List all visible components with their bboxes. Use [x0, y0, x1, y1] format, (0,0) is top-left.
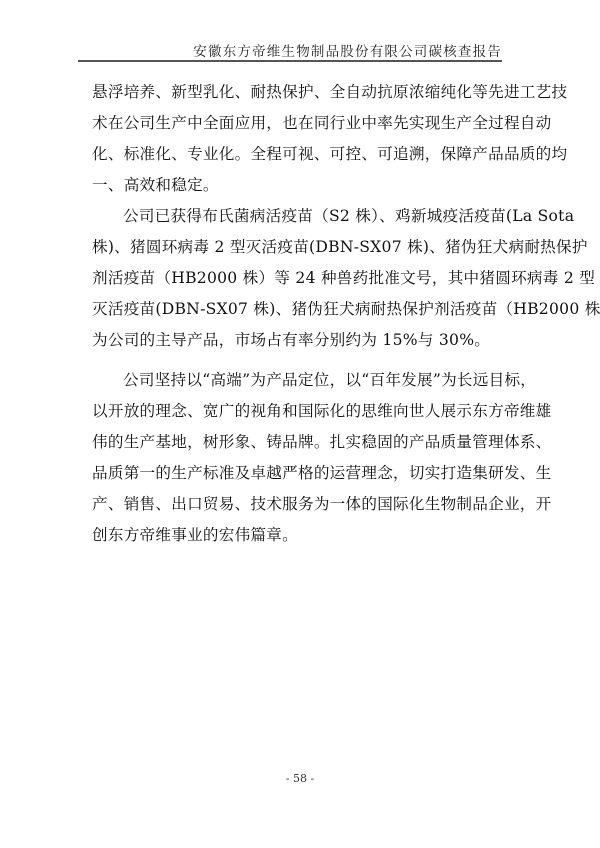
text-line: 一、高效和稳定。: [92, 170, 510, 201]
report-title: 安徽东方帝维生物制品股份有限公司碳核查报告: [193, 40, 502, 60]
paragraph-3: 公司坚持以“高端”为产品定位，以“百年发展”为长远目标， 以开放的理念、宽广的视…: [92, 365, 510, 551]
text-line: 伟的生产基地，树形象、铸品牌。扎实稳固的产品质量管理体系、: [92, 427, 510, 458]
text-line: 灭活疫苗(DBN-SX07 株)、猪伪狂犬病耐热保护剂活疫苗（HB2000 株）: [92, 294, 510, 325]
text-line: 公司已获得布氏菌病活疫苗（S2 株）、鸡新城疫活疫苗(La Sota: [92, 201, 510, 232]
text-line: 术在公司生产中全面应用，也在同行业中率先实现生产全过程自动: [92, 108, 510, 139]
text-line: 以开放的理念、宽广的视角和国际化的思维向世人展示东方帝维雄: [92, 396, 510, 427]
text-line: 产、销售、出口贸易、技术服务为一体的国际化生物制品企业，开: [92, 489, 510, 520]
text-line: 为公司的主导产品，市场占有率分别约为 15%与 30%。: [92, 325, 510, 356]
paragraph-2: 公司已获得布氏菌病活疫苗（S2 株）、鸡新城疫活疫苗(La Sota 株)、猪圆…: [92, 201, 510, 356]
text-line: 剂活疫苗（HB2000 株）等 24 种兽药批准文号，其中猪圆环病毒 2 型: [92, 263, 510, 294]
text-line: 悬浮培养、新型乳化、耐热保护、全自动抗原浓缩纯化等先进工艺技: [92, 77, 510, 108]
text-line: 创东方帝维事业的宏伟篇章。: [92, 520, 510, 551]
text-line: 株)、猪圆环病毒 2 型灭活疫苗(DBN-SX07 株)、猪伪狂犬病耐热保护: [92, 232, 510, 263]
page-header: 安徽东方帝维生物制品股份有限公司碳核查报告: [78, 40, 502, 62]
header-divider: [78, 60, 502, 62]
text-line: 品质第一的生产标准及卓越严格的运营理念，切实打造集研发、生: [92, 458, 510, 489]
text-line: 化、标准化、专业化。全程可视、可控、可追溯，保障产品品质的均: [92, 139, 510, 170]
page-number: - 58 -: [0, 772, 600, 785]
text-line: 公司坚持以“高端”为产品定位，以“百年发展”为长远目标，: [92, 365, 510, 396]
paragraph-gap: [92, 356, 510, 365]
paragraph-1: 悬浮培养、新型乳化、耐热保护、全自动抗原浓缩纯化等先进工艺技 术在公司生产中全面…: [92, 77, 510, 201]
document-body: 悬浮培养、新型乳化、耐热保护、全自动抗原浓缩纯化等先进工艺技 术在公司生产中全面…: [92, 77, 510, 551]
